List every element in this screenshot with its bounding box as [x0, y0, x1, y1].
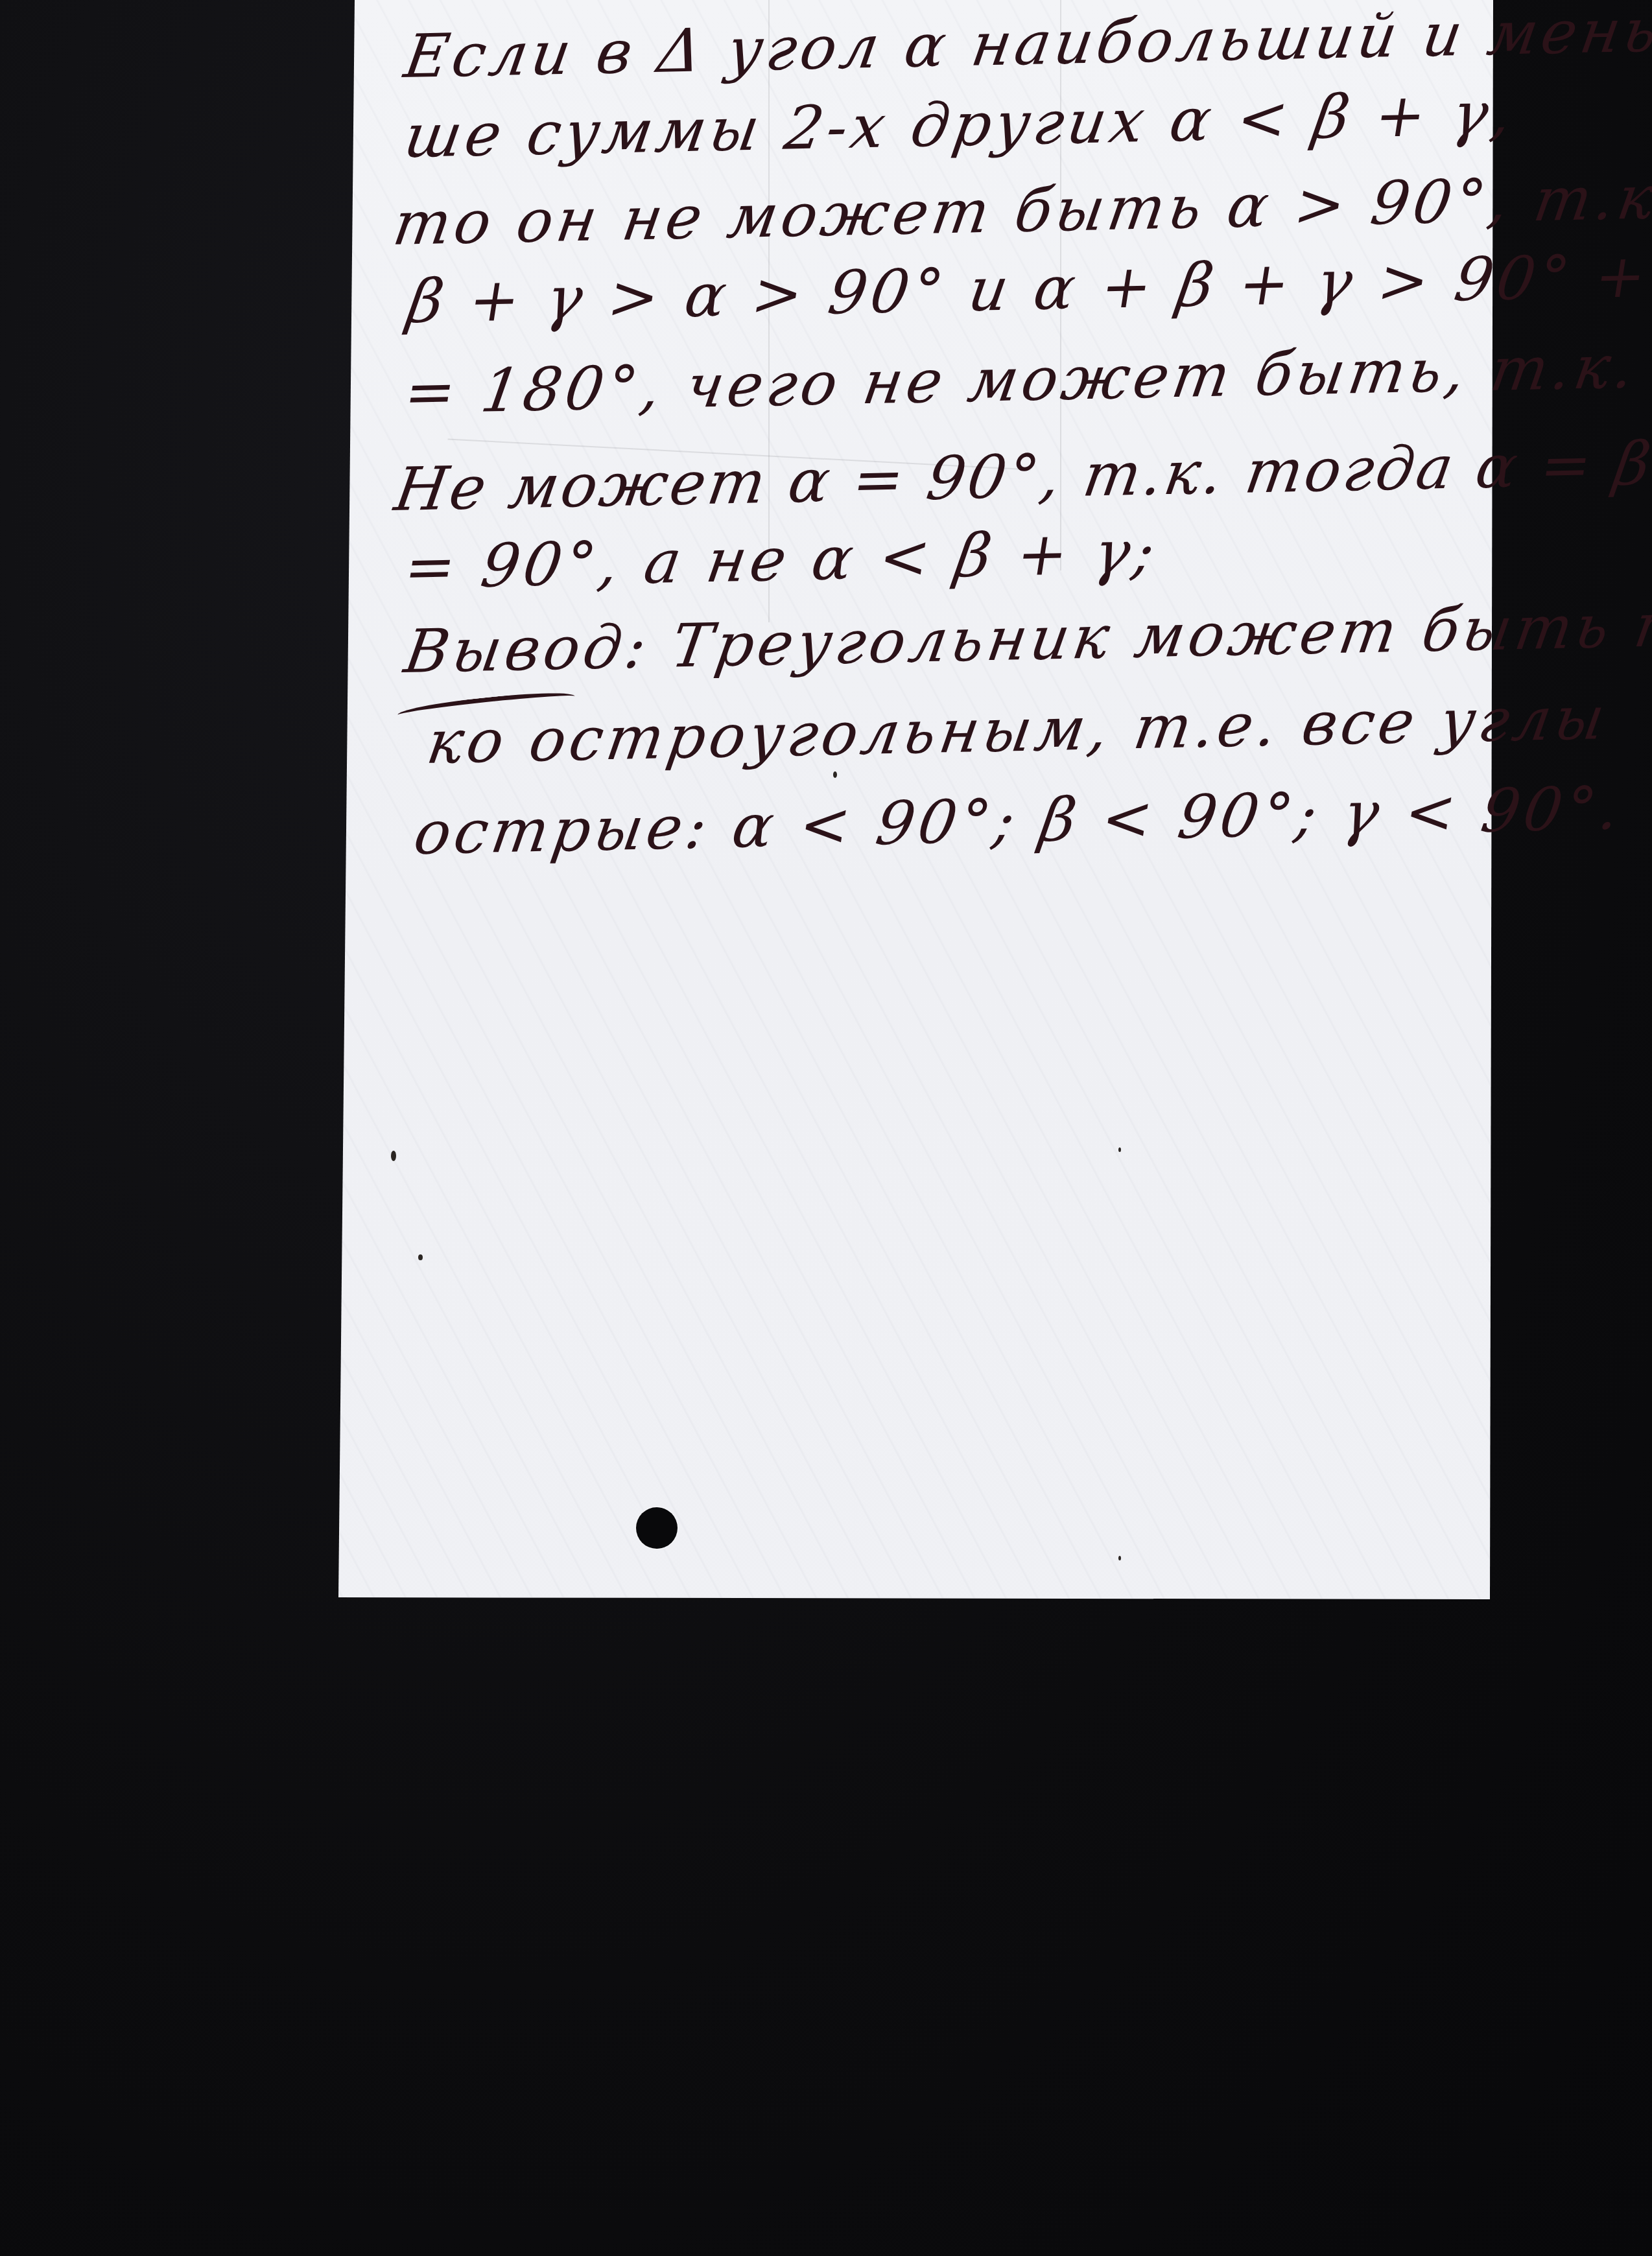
speck: [418, 1254, 423, 1260]
speck: [1118, 1147, 1121, 1152]
text-line-7: = 90°, а не α < β + γ;: [401, 523, 1162, 598]
speck: [1118, 1556, 1121, 1560]
speck: [391, 1151, 396, 1161]
punch-hole: [636, 1507, 678, 1549]
speck: [833, 771, 837, 778]
